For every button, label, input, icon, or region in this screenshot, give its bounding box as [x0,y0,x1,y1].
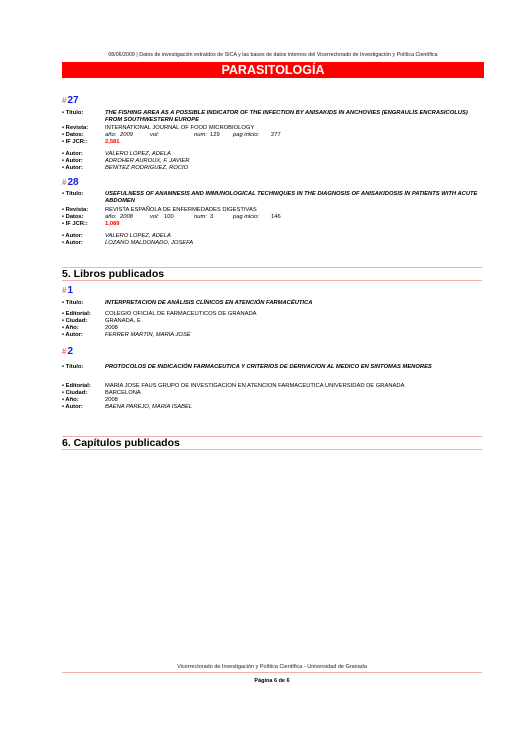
article-title-row: • Título: USEFULNESS OF ANAMNESIS AND IM… [62,191,482,205]
impact-factor: 2,581 [105,139,481,146]
page-number: Página 6 de 6 [62,678,482,684]
header-line: 08/06/2009 | Datos de investigación extr… [62,52,484,58]
section-heading-chapters: 6. Capítulos publicados [62,436,482,450]
article-title: USEFULNESS OF ANAMNESIS AND IMMUNOLOGICA… [105,191,481,205]
document-page: 08/06/2009 | Datos de investigación extr… [0,0,530,750]
book-number: #2 [62,346,73,357]
article-title: THE FISHING AREA AS A POSSIBLE INDICATOR… [105,110,481,124]
article-number: #28 [62,177,79,188]
book-title: INTERPRETACION DE ANÁLISIS CLÍNICOS EN A… [105,300,481,307]
book-number: #1 [62,285,73,296]
book-title-row: • Título: PROTOCOLOS DE INDICACIÓN FARMA… [62,364,482,378]
book-title: PROTOCOLOS DE INDICACIÓN FARMACEUTICA Y … [105,364,481,371]
department-banner: PARASITOLOGÍA [62,62,484,78]
article-title-row: • Título: THE FISHING AREA AS A POSSIBLE… [62,110,482,124]
section-heading-books: 5. Libros publicados [62,267,482,281]
article-journal: REVISTA ESPAÑOLA DE ENFERMEDADES DIGESTI… [105,207,481,214]
article-number: #27 [62,95,79,106]
impact-factor: 1,089 [105,221,481,228]
article-journal: INTERNATIONAL JOURNAL OF FOOD MICROBIOLO… [105,125,481,132]
footer-divider [62,672,482,673]
footer-institution: Vicerrectorado de Investigación y Políti… [62,664,482,670]
